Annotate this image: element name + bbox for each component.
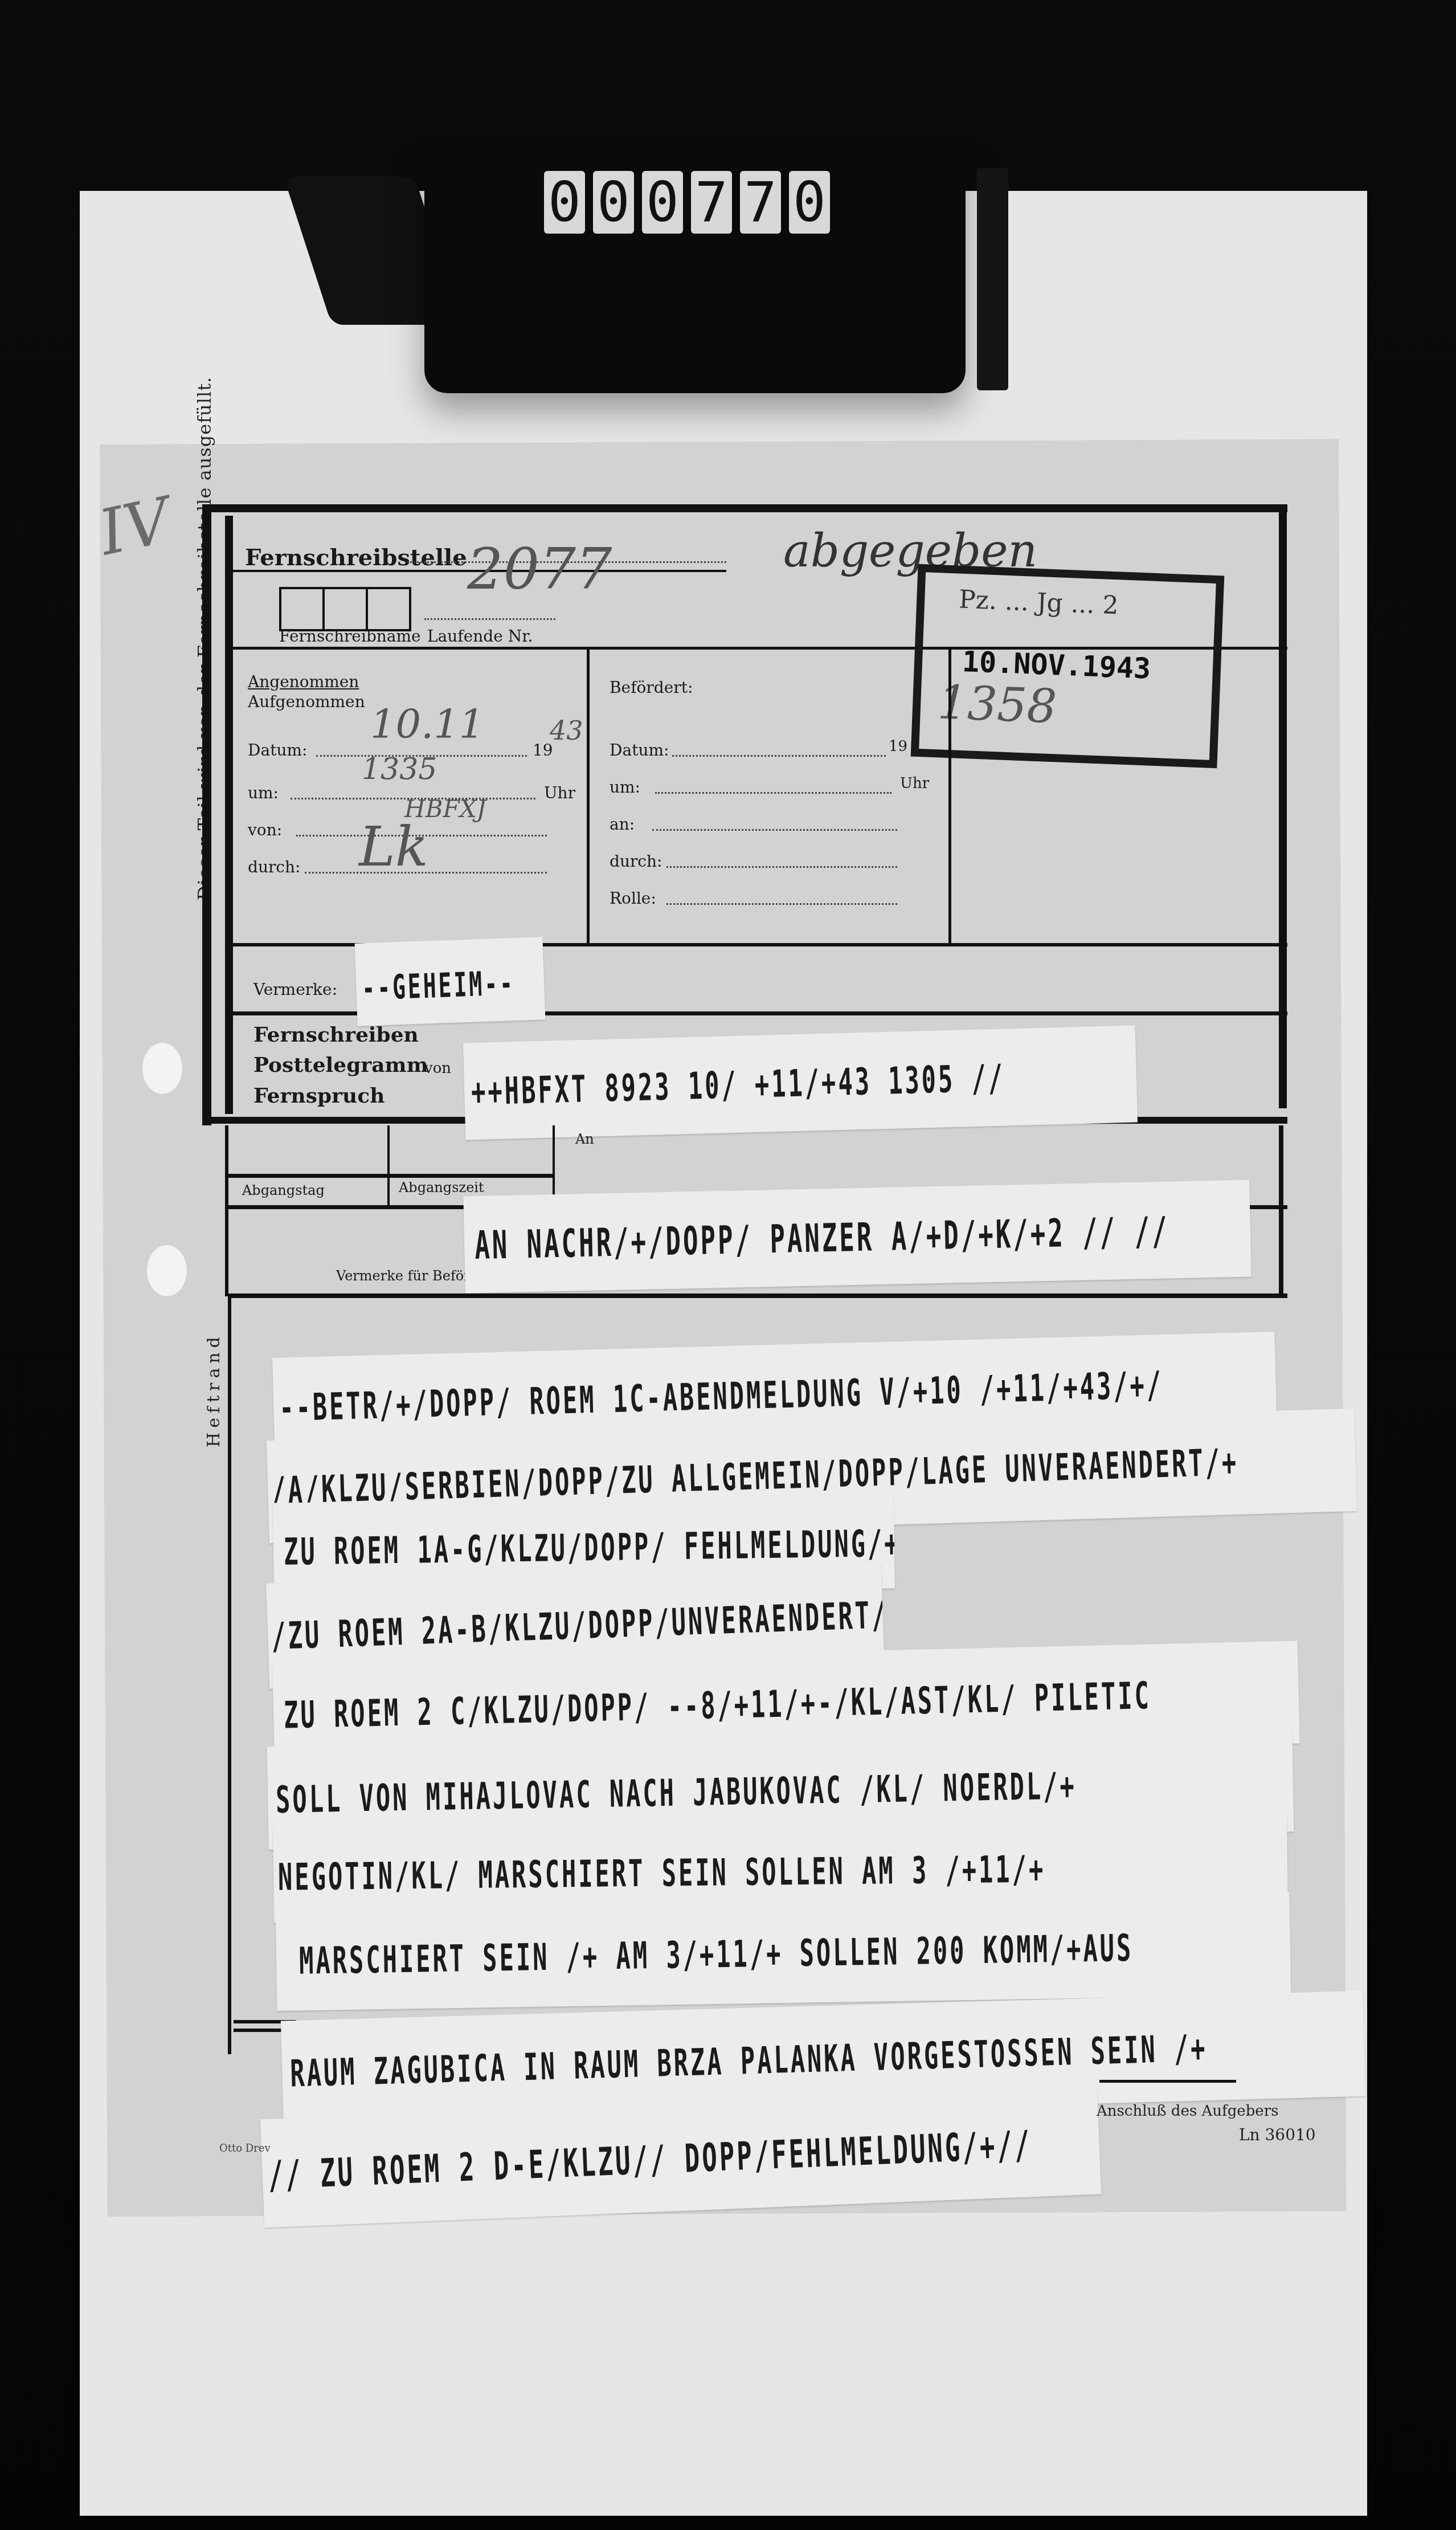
forwarded-divider bbox=[948, 650, 951, 946]
form-border-inner-left bbox=[225, 516, 233, 1114]
teletype-name-box bbox=[279, 587, 325, 631]
dispatch-time-label: Abgangszeit bbox=[399, 1180, 484, 1195]
message-line: ZU ROEM 2 C/KLZU/DOPP/ --8/+11/+-/KL/AST… bbox=[283, 1671, 1299, 1737]
form-border-right bbox=[1279, 504, 1287, 1108]
teletype-name-box bbox=[322, 587, 368, 631]
address-text: AN NACHR/+/DOPP/ PANZER A/+D/+K/+2 // // bbox=[474, 1207, 1250, 1269]
serial-dotted-line bbox=[424, 618, 555, 620]
counter-digit: 0 bbox=[544, 171, 585, 234]
teletype-name-box bbox=[366, 587, 411, 631]
frame-counter: 0 0 0 7 7 0 bbox=[544, 171, 830, 234]
dispatch-an-divider bbox=[553, 1125, 555, 1205]
message-type-teleprint: Fernschreiben bbox=[253, 1023, 419, 1047]
forwarded-title: Befördert: bbox=[610, 678, 693, 697]
dispatch-day-label: Abgangstag bbox=[242, 1182, 325, 1198]
from-label: von bbox=[424, 1060, 451, 1077]
message-strip: MARSCHIERT SEIN /+ AM 3/+11/+ SOLLEN 200… bbox=[276, 1892, 1291, 2011]
classification-text: --GEHEIM-- bbox=[361, 962, 545, 1007]
dispatch-row-divider bbox=[228, 1174, 553, 1178]
form-number: Ln 36010 bbox=[1239, 2125, 1316, 2144]
message-line: /ZU ROEM 2A-B/KLZU/DOPP/UNVERAENDERT/+// bbox=[271, 1593, 884, 1658]
teletype-name-label: Fernschreibname bbox=[279, 627, 421, 646]
roman-numeral-mark: IV bbox=[93, 484, 177, 570]
received-date-year: 43 bbox=[550, 715, 583, 746]
punch-hole bbox=[142, 1043, 182, 1094]
form-border-top bbox=[202, 504, 1287, 512]
forwarded-date-line bbox=[672, 755, 886, 757]
received-from-label: von: bbox=[248, 821, 282, 839]
station-label: Fernschreibstelle bbox=[245, 544, 467, 571]
sender-text: ++HBFXT 8923 10/ +11/+43 1305 // bbox=[471, 1053, 1137, 1113]
received-title-bottom: Aufgenommen bbox=[248, 692, 365, 711]
received-time-suffix: Uhr bbox=[544, 784, 575, 802]
punch-hole bbox=[147, 1245, 187, 1296]
message-line: NEGOTIN/KL/ MARSCHIERT SEIN SOLLEN AM 3 … bbox=[278, 1845, 1288, 1899]
forwarded-to-line bbox=[652, 829, 897, 831]
body-left-border bbox=[228, 1296, 231, 2054]
address-strip: AN NACHR/+/DOPP/ PANZER A/+D/+K/+2 // // bbox=[463, 1180, 1251, 1293]
message-line: MARSCHIERT SEIN /+ AM 3/+11/+ SOLLEN 200… bbox=[299, 1924, 1291, 1982]
forwarded-by-line bbox=[666, 866, 897, 868]
received-time-label: um: bbox=[248, 784, 279, 802]
received-date-value: 10.11 bbox=[370, 701, 484, 748]
forwarded-roll-label: Rolle: bbox=[610, 889, 656, 908]
counter-digit: 0 bbox=[593, 171, 634, 234]
forwarded-time-line bbox=[655, 792, 891, 794]
counter-knob bbox=[977, 168, 1008, 390]
forwarded-date-label: Datum: bbox=[610, 741, 669, 760]
form-border-left bbox=[202, 504, 211, 1125]
message-type-telegram: Posttelegramm bbox=[253, 1053, 428, 1077]
receipt-stamp: Pz. ... Jg ... 2 10.NOV.1943 1358 bbox=[911, 564, 1225, 768]
binding-edge-label: Heftrand bbox=[204, 1332, 224, 1447]
teletype-name-boxes bbox=[279, 587, 409, 631]
counter-digit: 7 bbox=[740, 171, 781, 234]
received-divider bbox=[587, 650, 590, 946]
forwarded-roll-line bbox=[666, 903, 897, 905]
dispatch-left-border bbox=[225, 1125, 228, 1296]
forwarded-to-label: an: bbox=[610, 815, 635, 834]
received-date-label: Datum: bbox=[248, 741, 307, 760]
message-line: // ZU ROEM 2 D-E/KLZU// DOPP/FEHLMELDUNG… bbox=[267, 2120, 1100, 2199]
counter-digit: 7 bbox=[691, 171, 732, 234]
received-by-value: Lk bbox=[359, 815, 428, 879]
dispatch-right-border bbox=[1279, 1125, 1283, 1296]
counter-digit: 0 bbox=[789, 171, 830, 234]
stamp-unit: Pz. ... Jg ... 2 bbox=[958, 585, 1119, 621]
received-title-top: Angenommen bbox=[248, 672, 359, 691]
stamp-time-handwritten: 1358 bbox=[937, 675, 1058, 734]
classification-strip: --GEHEIM-- bbox=[355, 937, 546, 1026]
forwarded-time-suffix: Uhr bbox=[900, 775, 929, 792]
signature-rule bbox=[1099, 2080, 1236, 2083]
forwarded-date-century: 19 bbox=[889, 738, 907, 755]
station-handwritten: 2077 bbox=[467, 536, 612, 602]
remarks-label: Vermerke: bbox=[253, 980, 337, 999]
received-time-value: 1335 bbox=[362, 752, 437, 786]
dispatch-col-divider bbox=[387, 1125, 390, 1208]
dispatch-remarks-divider bbox=[228, 1293, 1287, 1298]
message-type-phone: Fernspruch bbox=[253, 1084, 385, 1108]
dispatch-an-label: An bbox=[575, 1131, 594, 1147]
sender-strip: ++HBFXT 8923 10/ +11/+43 1305 // bbox=[463, 1026, 1138, 1140]
received-by-label: durch: bbox=[248, 858, 301, 876]
sender-signature-label: Anschluß des Aufgebers bbox=[1097, 2103, 1278, 2120]
counter-digit: 0 bbox=[642, 171, 683, 234]
message-line: RAUM ZAGUBICA IN RAUM BRZA PALANKA VORGE… bbox=[289, 2022, 1364, 2095]
printer-imprint: Otto Drev bbox=[219, 2143, 271, 2154]
forwarded-time-label: um: bbox=[610, 778, 640, 797]
serial-number-label: Laufende Nr. bbox=[427, 627, 533, 646]
forwarded-by-label: durch: bbox=[610, 852, 662, 871]
message-line: SOLL VON MIHAJLOVAC NACH JABUKOVAC /KL/ … bbox=[276, 1760, 1294, 1821]
